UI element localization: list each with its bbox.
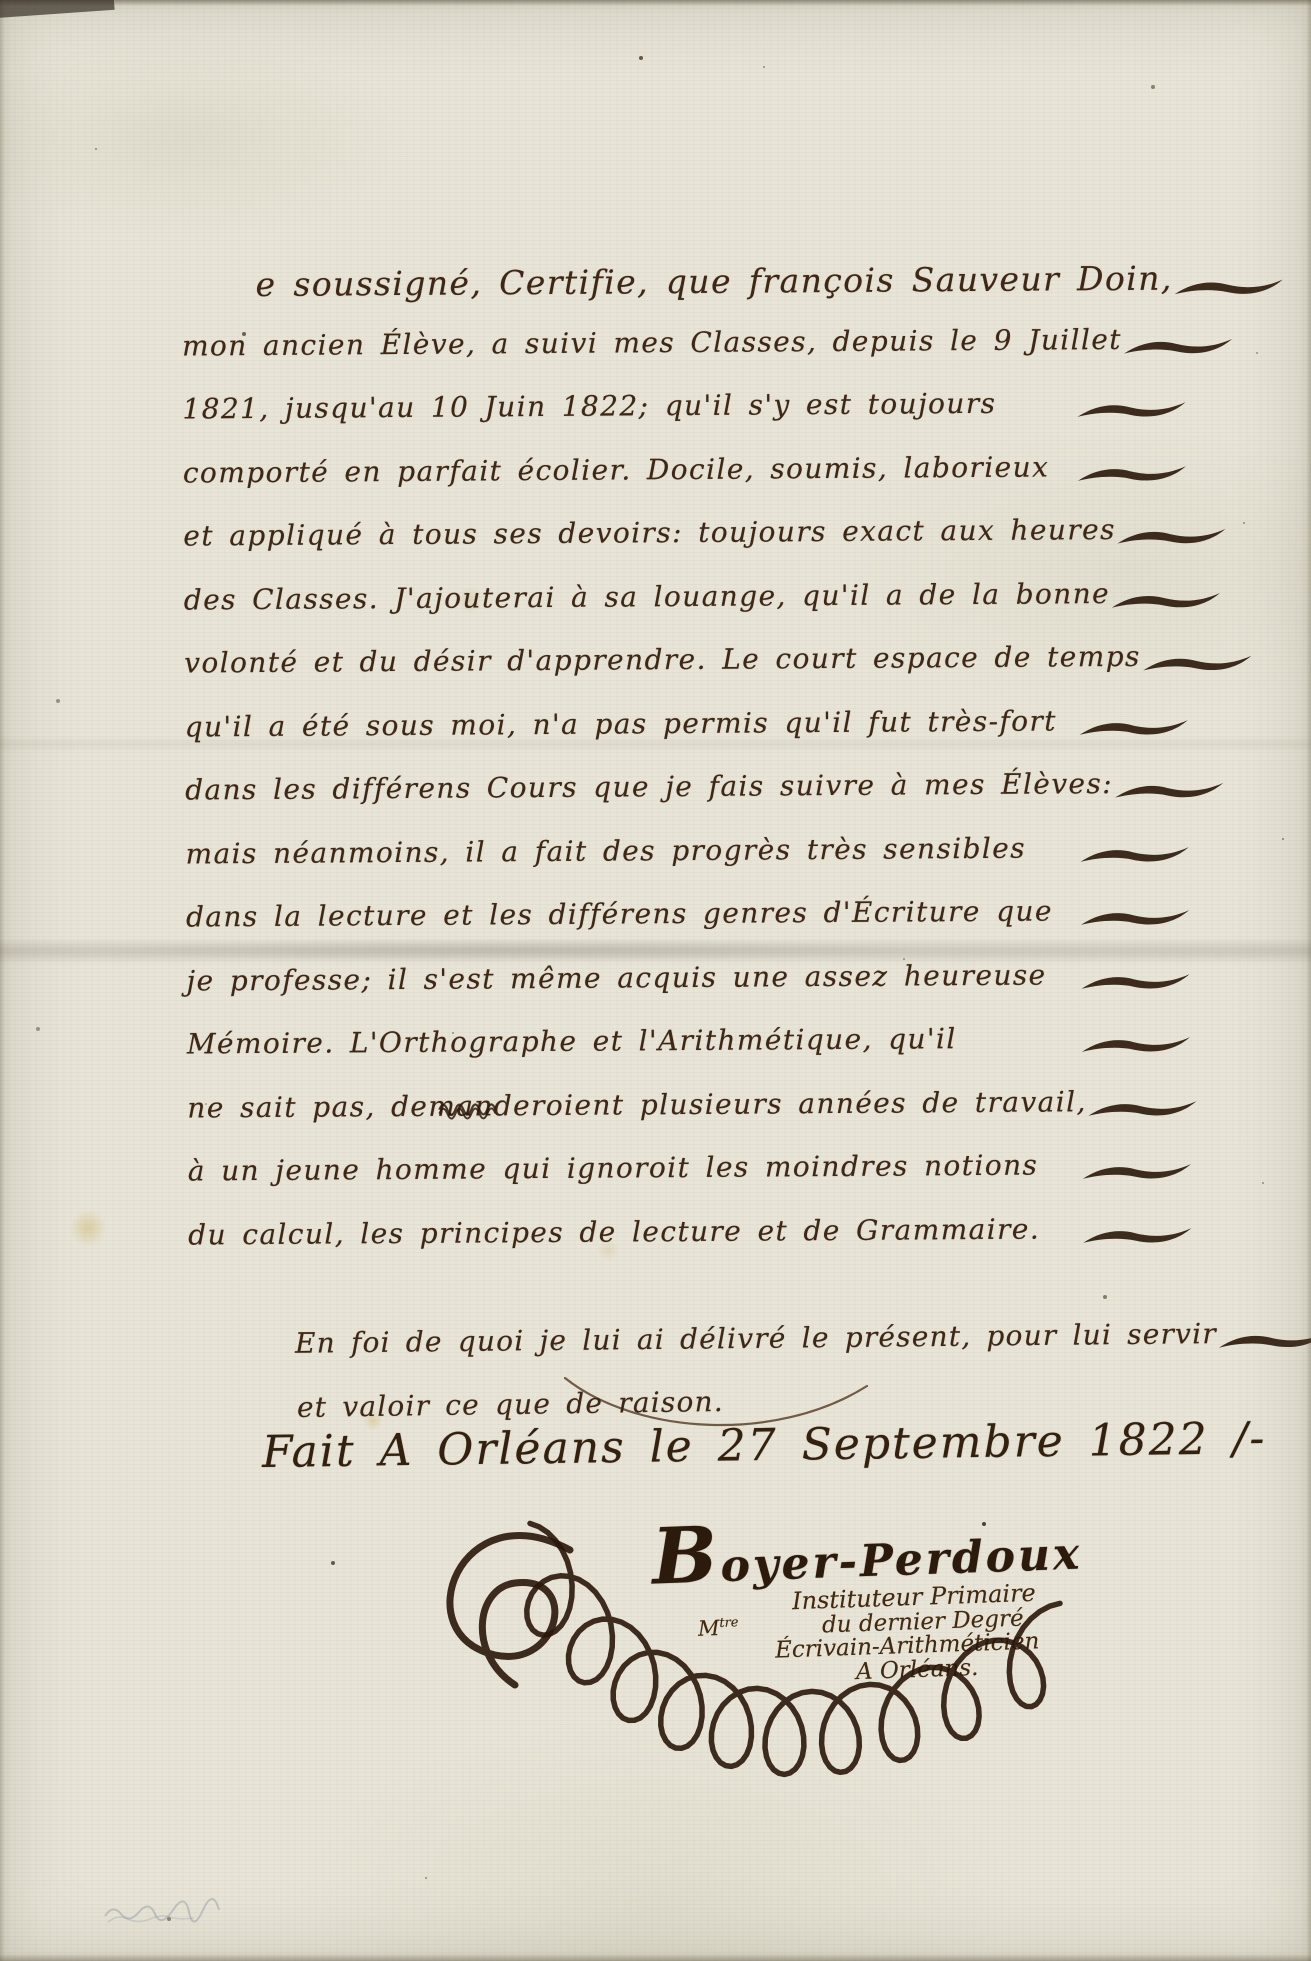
line-text: qu'il a été sous moi, n'a pas permis qu'… [185,704,1057,743]
line-text: Mémoire. L'Orthographe et l'Arithmétique… [187,1022,957,1060]
line-text: mais néanmoins, il a fait des progrès tr… [185,831,1026,870]
line-text: comporté en parfait écolier. Docile, sou… [183,450,1050,489]
line-text: je professe; il s'est même acquis une as… [186,958,1046,997]
line-text: dans les différens Cours que je fais sui… [185,767,1113,806]
closing-text-1: En foi de quoi je lui ai délivré le prés… [295,1317,1217,1366]
line-text: ne sait pas, demanderoient plusieurs ann… [187,1085,1087,1124]
line-end-flourish [1173,276,1285,303]
manuscript-line: à un jeune homme qui ignoroit les moindr… [188,1147,1193,1218]
line-text: e soussigné, Certifie, que françois Sauv… [181,259,1172,305]
line-end-flourish [1075,399,1187,426]
line-end-flourish [1122,335,1234,362]
line-text: à un jeune homme qui ignoroit les moindr… [188,1149,1039,1188]
line-text: dans la lecture et les différens genres … [186,894,1053,933]
manuscript-line-with-correction: ne sait pas, demanderoient plusieurs ann… [187,1084,1192,1155]
signature-title-4: A Orléans. [856,1655,979,1685]
line-text: et appliqué à tous ses devoirs: toujours… [183,513,1116,553]
manuscript-line: je professe; il s'est même acquis une as… [186,957,1191,1028]
line-end-flourish [1079,906,1191,933]
dateline: Fait A Orléans le 27 Septembre 1822 /- [262,1413,1267,1478]
ink-correction-scribble [437,1093,499,1121]
manuscript-line: dans les différens Cours que je fais sui… [185,766,1190,837]
line-end-flourish [1110,589,1222,616]
line-end-flourish [1141,652,1253,679]
line-text: des Classes. J'ajouterai à sa louange, q… [184,577,1111,616]
manuscript-line: et appliqué à tous ses devoirs: toujours… [183,512,1188,583]
line-end-flourish [1079,843,1191,870]
line-end-flourish [1076,462,1188,489]
manuscript-line: e soussigné, Certifie, que françois Sauv… [181,259,1186,330]
line-end-flourish [1081,1224,1193,1251]
line-text: du calcul, les principes de lecture et d… [188,1212,1040,1251]
line-end-flourish [1116,525,1228,552]
prefix-sup: tre [719,1615,739,1631]
line-end-flourish [1081,1160,1193,1187]
closing-text-2: et valoir ce que de raison. [297,1385,724,1424]
manuscript-page: J e soussigné, Certifie, que françois Sa… [0,0,1311,1961]
line-end-flourish [1087,1097,1199,1124]
line-text: mon ancien Élève, a suivi mes Classes, d… [182,322,1122,362]
line-end-flourish [1078,716,1190,743]
pencil-archival-notation [100,1890,230,1932]
closing-line-2: et valoir ce que de raison. [297,1385,724,1424]
manuscript-line: mon ancien Élève, a suivi mes Classes, d… [182,322,1187,393]
line-text: volonté et du désir d'apprendre. Le cour… [184,640,1141,680]
manuscript-line: volonté et du désir d'apprendre. Le cour… [184,639,1189,710]
manuscript-line: comporté en parfait écolier. Docile, sou… [183,449,1188,520]
manuscript-line: qu'il a été sous moi, n'a pas permis qu'… [185,703,1190,774]
manuscript-line: dans la lecture et les différens genres … [186,893,1191,964]
manuscript-body: e soussigné, Certifie, que françois Sauv… [181,259,1193,1282]
paper-edge-top-corner [0,0,115,18]
line-text: 1821, jusqu'au 10 Juin 1822; qu'il s'y e… [182,387,996,426]
closing-line-1: En foi de quoi je lui ai délivré le prés… [295,1317,1195,1365]
line-end-flourish [1113,779,1225,806]
signature-title-3-prefix: Mtre [698,1615,739,1640]
manuscript-line: du calcul, les principes de lecture et d… [188,1211,1193,1282]
line-end-flourish [1217,1329,1311,1356]
prefix-main: M [698,1616,720,1641]
manuscript-line: mais néanmoins, il a fait des progrès tr… [185,830,1190,901]
manuscript-line: des Classes. J'ajouterai à sa louange, q… [184,576,1189,647]
line-end-flourish [1080,1033,1192,1060]
line-end-flourish [1079,970,1191,997]
manuscript-line: 1821, jusqu'au 10 Juin 1822; qu'il s'y e… [182,386,1187,457]
manuscript-line: Mémoire. L'Orthographe et l'Arithmétique… [187,1020,1192,1091]
